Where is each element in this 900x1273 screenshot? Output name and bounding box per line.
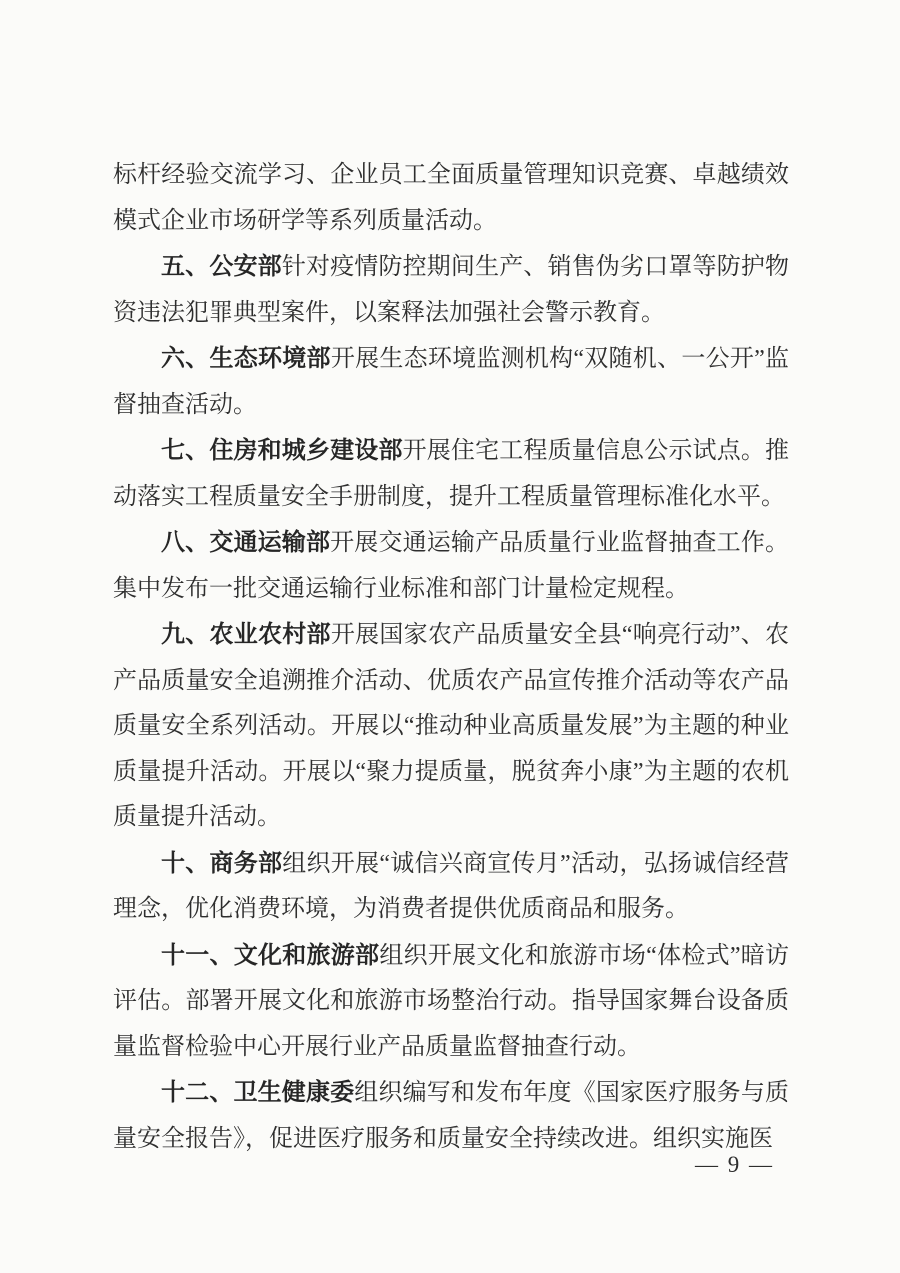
paragraph-item-6-ecology-environment: 六、生态环境部开展生态环境监测机构“双随机、一公开”监督抽查活动。: [113, 336, 789, 428]
document-page: 标杆经验交流学习、企业员工全面质量管理知识竞赛、卓越绩效模式企业市场研学等系列质…: [0, 0, 900, 1273]
paragraph-item-12-health-commission: 十二、卫生健康委组织编写和发布年度《国家医疗服务与质量安全报告》，促进医疗服务和…: [113, 1070, 789, 1162]
paragraph-item-5-public-security: 五、公安部针对疫情防控期间生产、销售伪劣口罩等防护物资违法犯罪典型案件，以案释法…: [113, 244, 789, 336]
ministry-lead: 十、商务部: [161, 850, 282, 877]
paragraph-item-9-agriculture-rural: 九、农业农村部开展国家农产品质量安全县“响亮行动”、农产品质量安全追溯推介活动、…: [113, 612, 789, 841]
ministry-lead: 五、公安部: [161, 253, 282, 280]
paragraph-text: 标杆经验交流学习、企业员工全面质量管理知识竞赛、卓越绩效模式企业市场研学等系列质…: [113, 162, 789, 234]
ministry-lead: 七、住房和城乡建设部: [161, 437, 403, 464]
page-number: — 9 —: [695, 1152, 774, 1177]
ministry-lead: 八、交通运输部: [161, 529, 330, 556]
paragraph-continuation: 标杆经验交流学习、企业员工全面质量管理知识竞赛、卓越绩效模式企业市场研学等系列质…: [113, 152, 789, 244]
paragraph-item-7-housing-construction: 七、住房和城乡建设部开展住宅工程质量信息公示试点。推动落实工程质量安全手册制度，…: [113, 428, 789, 520]
ministry-lead: 十二、卫生健康委: [161, 1079, 354, 1106]
ministry-lead: 十一、文化和旅游部: [161, 942, 379, 969]
paragraph-item-10-commerce: 十、商务部组织开展“诚信兴商宣传月”活动，弘扬诚信经营理念，优化消费环境，为消费…: [113, 841, 789, 933]
page-footer: — 9 —: [695, 1150, 774, 1180]
paragraph-text: 开展国家农产品质量安全县“响亮行动”、农产品质量安全追溯推介活动、优质农产品宣传…: [113, 622, 789, 830]
ministry-lead: 六、生态环境部: [161, 345, 331, 372]
paragraph-item-11-culture-tourism: 十一、文化和旅游部组织开展文化和旅游市场“体检式”暗访评估。部署开展文化和旅游市…: [113, 933, 789, 1071]
ministry-lead: 九、农业农村部: [161, 621, 331, 648]
paragraph-item-8-transport: 八、交通运输部开展交通运输产品质量行业监督抽查工作。集中发布一批交通运输行业标准…: [113, 520, 789, 612]
document-body: 标杆经验交流学习、企业员工全面质量管理知识竞赛、卓越绩效模式企业市场研学等系列质…: [113, 152, 789, 1162]
